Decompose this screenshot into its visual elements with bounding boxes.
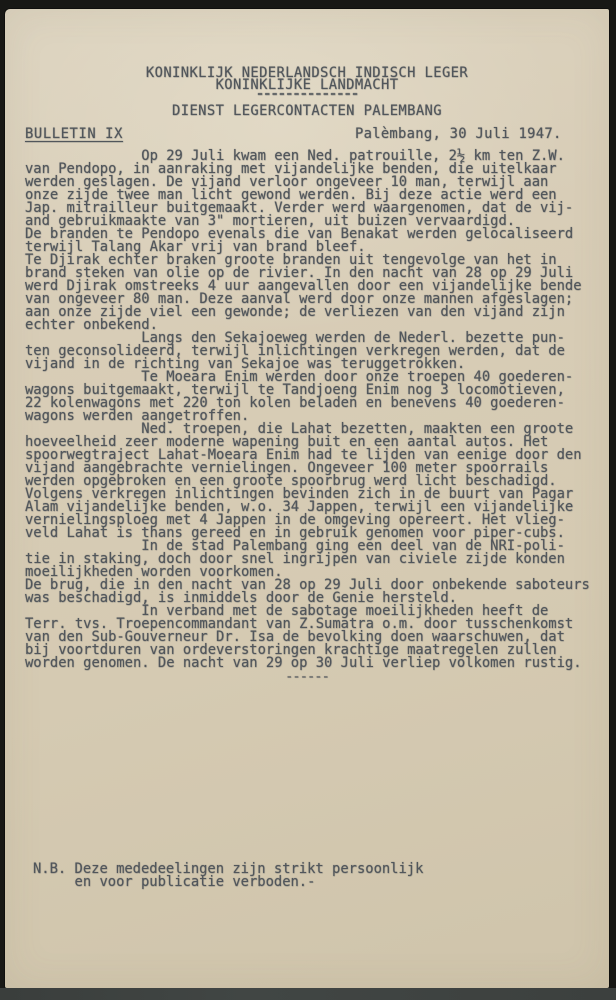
document-page: KONINKLIJK NEDERLANDSCH INDISCH LEGER KO… — [5, 9, 609, 988]
service-title: DIENST LEGERCONTACTEN PALEMBANG — [5, 103, 609, 119]
header-divider-rule: -------------- — [5, 87, 609, 101]
end-of-text-separator: ------ — [5, 671, 609, 684]
scan-background: { "document": { "header": { "line1": "KO… — [0, 0, 616, 1000]
bulletin-body-text: Op 29 Juli kwam een Ned. patrouille, 2½ … — [25, 150, 603, 670]
bulletin-number: BULLETIN IX — [25, 126, 123, 142]
scanner-bed-edge — [0, 988, 616, 1000]
nb-confidentiality-note: N.B. Deze mededeelingen zijn strikt pers… — [33, 863, 423, 889]
dateline: Palèmbang, 30 Juli 1947. — [355, 126, 562, 142]
bulletin-row: BULLETIN IX Palèmbang, 30 Juli 1947. — [5, 126, 609, 142]
